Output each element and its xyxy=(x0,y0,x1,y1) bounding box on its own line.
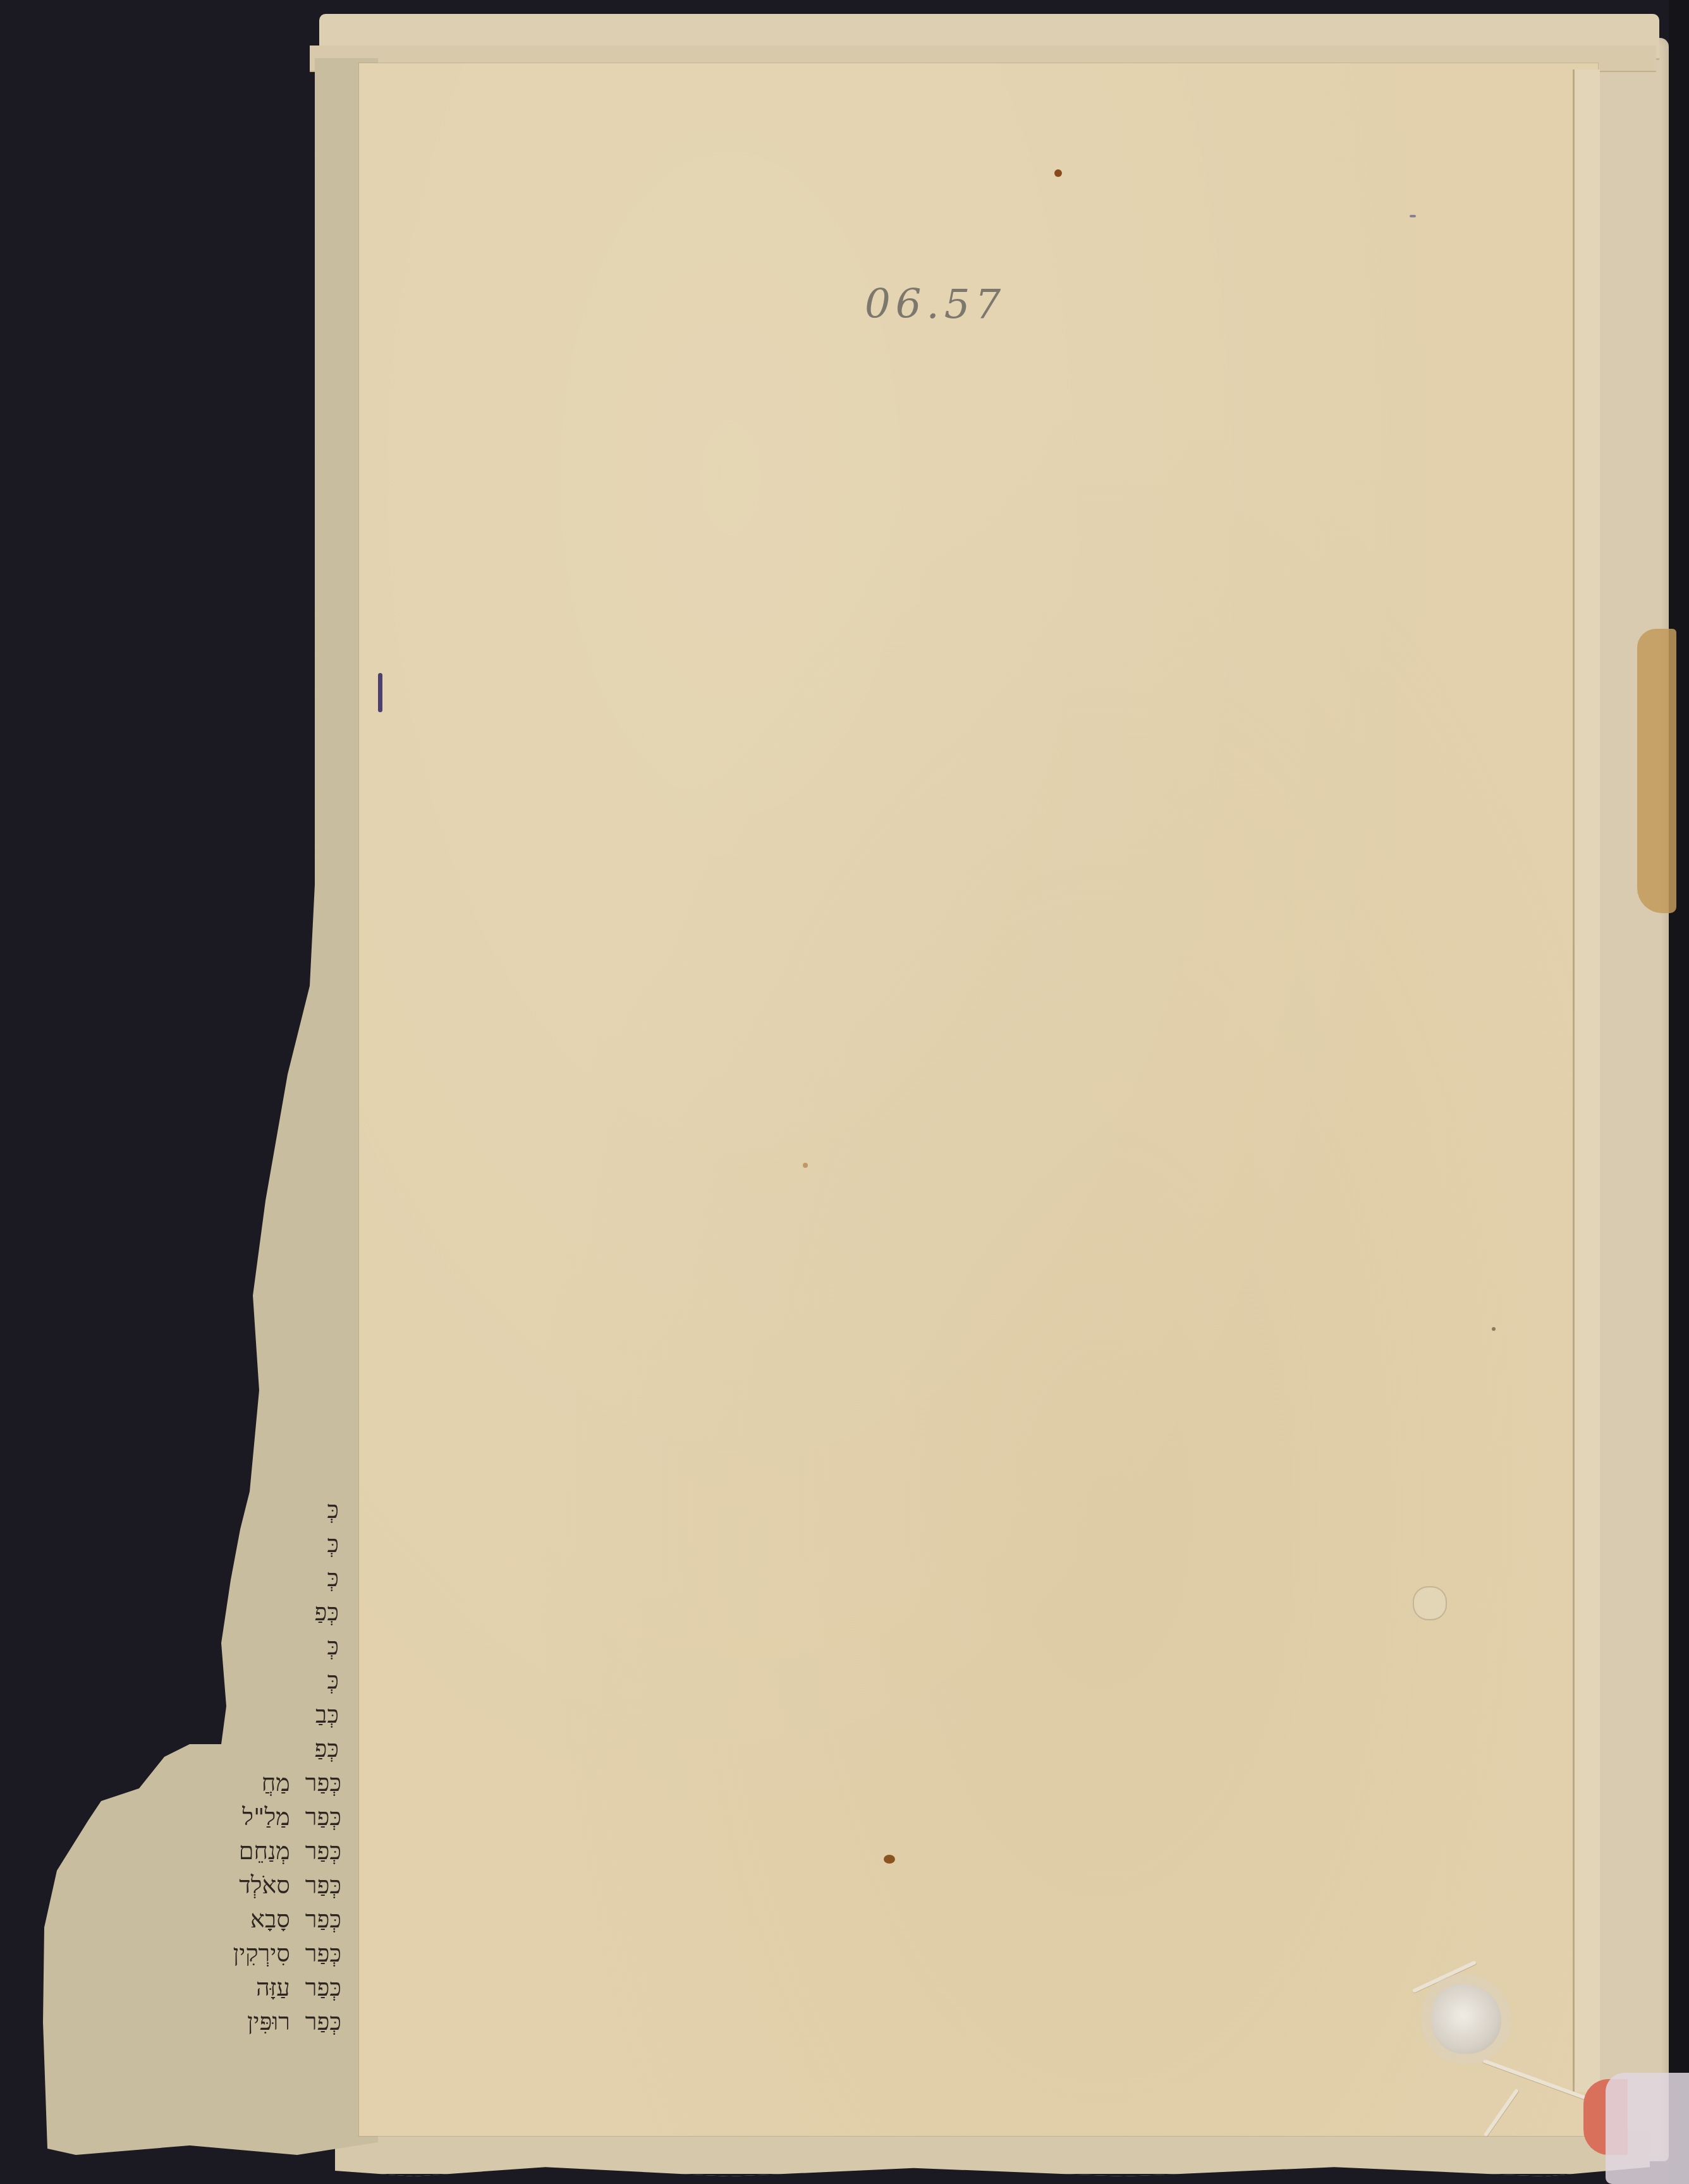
main-page xyxy=(359,63,1598,2136)
stain-spot xyxy=(1054,169,1062,177)
partial-text: כְּ xyxy=(327,1496,339,1524)
purple-ink-mark xyxy=(378,673,382,712)
partial-text: כְּ xyxy=(327,1632,339,1660)
place-prefix: כְּפַר xyxy=(305,1970,341,2005)
place-prefix: כְּפַר xyxy=(305,2005,341,2039)
place-name: רוּפִּין xyxy=(247,2008,290,2035)
ink-mark xyxy=(1410,215,1416,217)
list-item-partial: כְּ xyxy=(44,1493,341,1527)
list-item: כְּפַרסִירְקִין xyxy=(44,1936,341,1970)
list-item: כְּפַרעַזָּה xyxy=(44,1970,341,2005)
place-name: עַזָּה xyxy=(256,1974,290,2001)
list-item: כְּפַרמַלַ"ל xyxy=(44,1800,341,1834)
stain-spot xyxy=(1492,1327,1496,1331)
place-name: מְנַחֵם xyxy=(239,1837,290,1865)
back-page-bottom-edge xyxy=(335,2130,1650,2176)
place-name: מַלַ"ל xyxy=(242,1803,290,1831)
hebrew-place-list: כְּ כְּ כְּ כְּפַ כְּ כְּ כְּבַ כְּפַ כְ… xyxy=(44,1493,341,2039)
list-item: כְּפַרמַחֲ xyxy=(44,1766,341,1800)
list-item: כְּפַרסאֹלְד xyxy=(44,1868,341,1902)
tan-stain xyxy=(1637,629,1676,913)
handwritten-catalog-number: 06.57 xyxy=(865,281,1006,328)
list-item-partial: כְּפַ xyxy=(44,1595,341,1629)
list-item-partial: כְּבַ xyxy=(44,1697,341,1732)
place-name: סִירְקִין xyxy=(233,1939,290,1967)
paper-crease xyxy=(1413,1586,1447,1620)
place-prefix: כְּפַר xyxy=(305,1834,341,1868)
partial-text: כְּ xyxy=(327,1564,339,1592)
place-name: סָבָא xyxy=(250,1905,290,1933)
stain-spot xyxy=(884,1855,895,1864)
place-prefix: כְּפַר xyxy=(305,1766,341,1800)
place-prefix: כְּפַר xyxy=(305,1868,341,1902)
list-item: כְּפַררוּפִּין xyxy=(44,2005,341,2039)
list-item-partial: כְּ xyxy=(44,1561,341,1595)
list-item-partial: כְּ xyxy=(44,1527,341,1561)
list-item-partial: כְּפַ xyxy=(44,1732,341,1766)
place-name: סאֹלְד xyxy=(239,1871,290,1899)
list-item-partial: כְּ xyxy=(44,1663,341,1697)
list-item-partial: כְּ xyxy=(44,1629,341,1663)
partial-text: כְּבַ xyxy=(315,1701,339,1728)
list-item: כְּפַרסָבָא xyxy=(44,1902,341,1936)
partial-text: כְּפַ xyxy=(315,1598,339,1626)
place-name: מַחֲ xyxy=(262,1769,290,1797)
partial-text: כְּ xyxy=(327,1530,339,1558)
page-fold-strip xyxy=(1575,70,1600,2092)
list-item: כְּפַרמְנַחֵם xyxy=(44,1834,341,1868)
clear-tape xyxy=(1606,2073,1689,2184)
place-prefix: כְּפַר xyxy=(305,1800,341,1834)
place-prefix: כְּפַר xyxy=(305,1936,341,1970)
partial-text: כְּ xyxy=(327,1666,339,1694)
wax-seal xyxy=(1432,1984,1501,2054)
fold-line xyxy=(1573,70,1575,2092)
scan-background-edge xyxy=(1669,0,1689,2184)
partial-text: כְּפַ xyxy=(315,1735,339,1762)
place-prefix: כְּפַר xyxy=(305,1902,341,1936)
stain-spot xyxy=(803,1163,808,1168)
